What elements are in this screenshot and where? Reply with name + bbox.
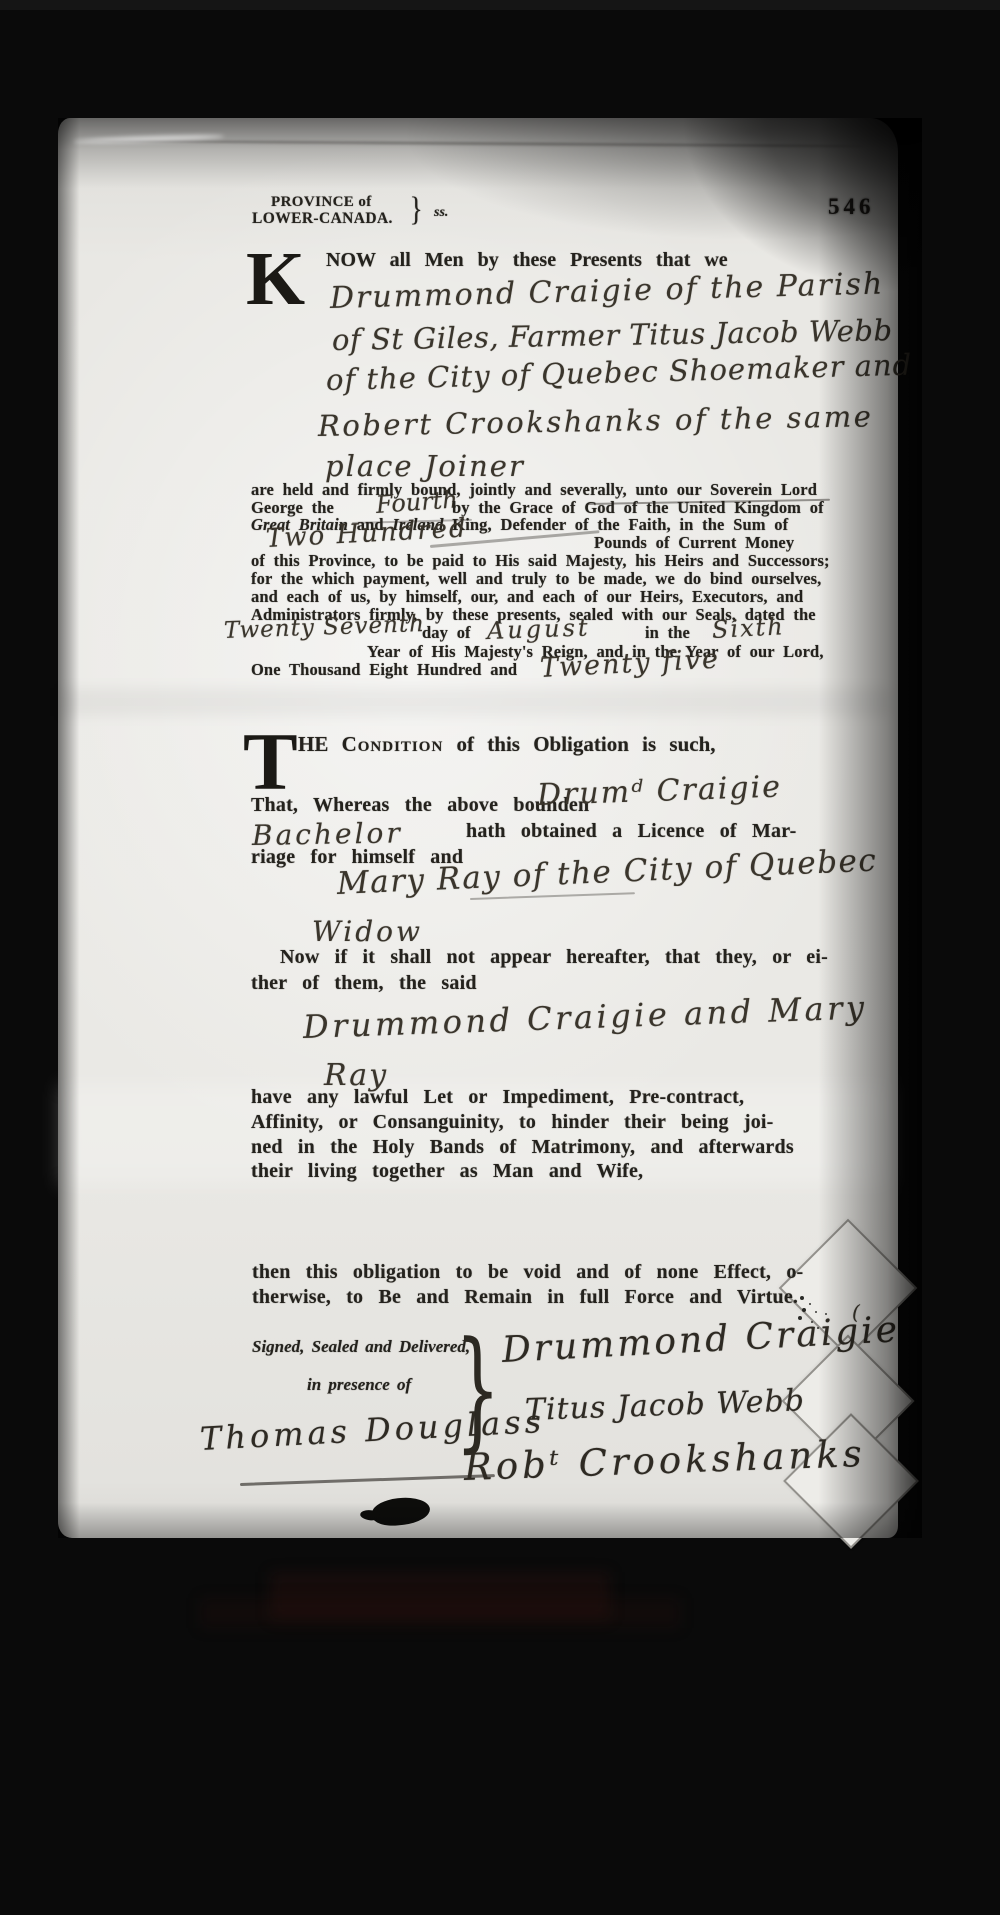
header-scilicet: ss. <box>434 205 448 221</box>
bond-day-of: day of <box>422 623 471 643</box>
condition-line-2: hath obtained a Licence of Mar- <box>466 820 796 843</box>
bond-line-3-end: King, Defender of the Faith, in the Sum … <box>452 515 788 534</box>
bond-in-the: in the <box>645 623 690 643</box>
handwritten-month: August <box>487 613 591 645</box>
microfilm-frame: ( PROVINCE of LOWER-CANADA. } ss. 546 K … <box>0 0 1000 1915</box>
condition-heading-condition: Condition <box>342 732 444 756</box>
header-province-line-2: LOWER-CANADA. <box>252 210 393 228</box>
condition-line-4: Now if it shall not appear hereafter, th… <box>280 946 828 969</box>
bond-line-4: Pounds of Current Money <box>594 533 794 553</box>
closing-line-1: then this obligation to be void and of n… <box>252 1261 803 1284</box>
condition-line-5: ther of them, the said <box>251 972 477 995</box>
dropcap-k: K <box>246 251 305 308</box>
handwritten-bride-status: Widow <box>312 915 423 948</box>
frame-number: 546 <box>828 194 875 220</box>
condition-heading-rest: of this Obligation is such, <box>457 732 716 756</box>
condition-line-8: ned in the Holy Bands of Matrimony, and … <box>251 1136 794 1159</box>
dropcap-t: T <box>243 731 298 793</box>
bond-line-6: for the which payment, well and truly to… <box>251 569 821 589</box>
condition-line-6: have any lawful Let or Impediment, Pre-c… <box>251 1086 744 1109</box>
attestation-in-presence: in presence of <box>307 1375 411 1395</box>
bond-line-10: One Thousand Eight Hundred and <box>251 660 517 680</box>
condition-heading: HE Condition of this Obligation is such, <box>298 732 716 757</box>
condition-line-7: Affinity, or Consanguinity, to hinder th… <box>251 1111 774 1134</box>
bond-line-7: and each of us, by himself, our, and eac… <box>251 587 803 607</box>
header-brace: } <box>410 193 423 227</box>
attestation-signed-sealed: Signed, Sealed and Delivered, <box>252 1337 470 1357</box>
closing-line-2: therwise, to Be and Remain in full Force… <box>252 1286 798 1309</box>
handwritten-regnal-year: Sixth <box>711 612 785 644</box>
condition-heading-he: HE <box>298 732 328 756</box>
condition-line-9: their living together as Man and Wife, <box>251 1160 643 1183</box>
handwritten-parties-line-5: place Joiner <box>325 449 525 483</box>
seal-pinhole-dots <box>800 1296 804 1300</box>
bond-line-5: of this Province, to be paid to His said… <box>251 551 830 571</box>
bond-line-1: are held and firmly bound, jointly and s… <box>251 480 817 500</box>
header-province-line-1: PROVINCE of <box>271 194 372 211</box>
opening-line: NOW all Men by these Presents that we <box>326 249 728 272</box>
film-noise-patch-2 <box>200 1598 680 1628</box>
